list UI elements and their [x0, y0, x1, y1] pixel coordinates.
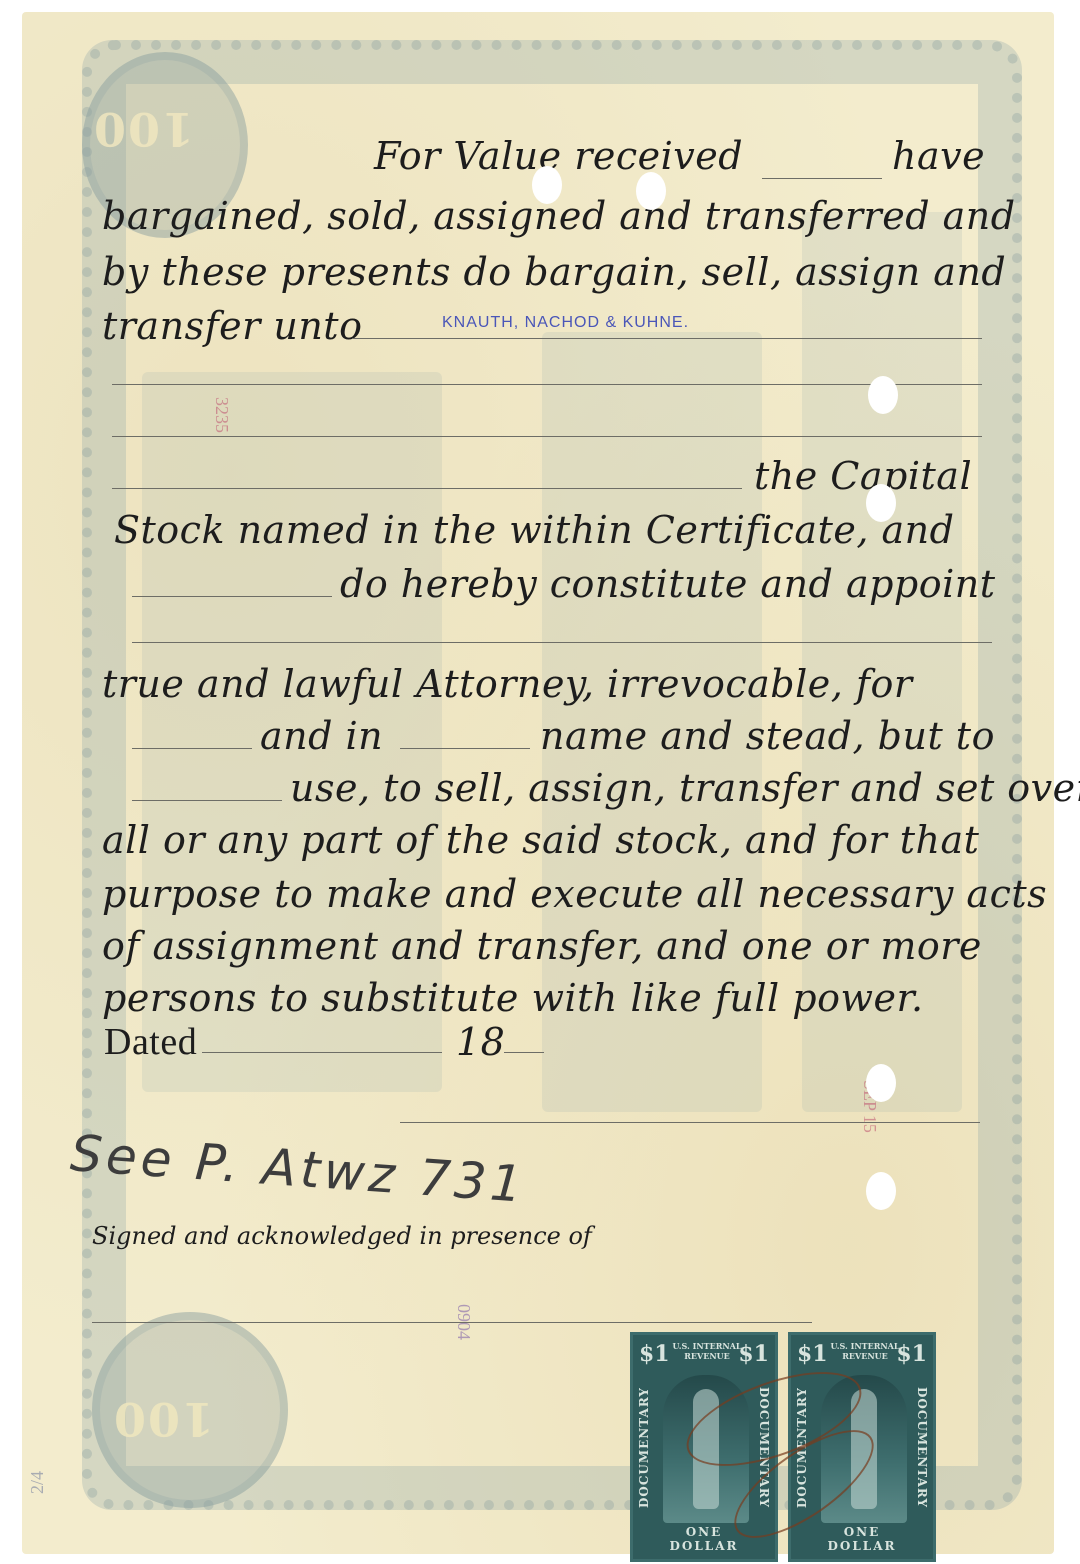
year-line[interactable] [504, 1052, 544, 1053]
stamp-denomination: $1 [639, 1341, 670, 1367]
assignment-line-8: true and lawful Attorney, irrevocable, f… [102, 662, 913, 706]
punch-hole [868, 376, 898, 414]
punch-hole [866, 1064, 896, 1102]
punch-hole [866, 1172, 896, 1210]
edge-pencil-note: 2/4 [27, 1471, 48, 1494]
assignment-line-5: the Capital [754, 454, 972, 498]
assignment-line-9b: name and stead, but to [540, 714, 995, 758]
assignment-line-11: all or any part of the said stock, and f… [102, 818, 979, 862]
stamp-header: U.S. INTERNAL REVENUE [669, 1341, 745, 1361]
witness-label: Signed and acknowledged in presence of [92, 1222, 592, 1250]
assignment-line-9a: and in [260, 714, 383, 758]
ghost-value-bottom: 100 [112, 1392, 214, 1446]
certificate-paper: 100 100 3235 SEP 15 0904 2/4 For Value r… [22, 12, 1054, 1554]
assignment-line-14: persons to substitute with like full pow… [102, 976, 924, 1020]
date-line[interactable] [202, 1052, 442, 1053]
stamp-denomination: $1 [797, 1341, 828, 1367]
assignor-blank [762, 178, 882, 179]
transferee-line[interactable] [352, 338, 982, 339]
pronoun-blank-3[interactable] [132, 800, 282, 801]
assignment-line-1: For Value received [374, 134, 743, 178]
witness-line[interactable] [92, 1322, 812, 1323]
assignment-line-12: purpose to make and execute all necessar… [102, 872, 1047, 916]
assignment-line-4: transfer unto [102, 304, 362, 348]
punch-hole [636, 172, 666, 210]
year-prefix: 18 [456, 1020, 505, 1064]
pronoun-blank-2[interactable] [400, 748, 530, 749]
pink-serial-number: 3235 [211, 397, 232, 433]
assignor-blank-2[interactable] [132, 596, 332, 597]
assignment-line-2: bargained, sold, assigned and transferre… [102, 194, 1016, 238]
share-count-line[interactable] [112, 488, 742, 489]
assignment-line-3: by these presents do bargain, sell, assi… [102, 250, 1006, 294]
punch-hole [866, 484, 896, 522]
stamp-value-text: ONE DOLLAR [797, 1525, 927, 1553]
stamp-header: U.S. INTERNAL REVENUE [827, 1341, 903, 1361]
blank-line-1[interactable] [112, 384, 982, 385]
punch-hole [532, 166, 562, 204]
pronoun-blank-1[interactable] [132, 748, 252, 749]
stamp-side-text: DOCUMENTARY [637, 1387, 651, 1508]
signature-line[interactable] [400, 1122, 980, 1123]
transferee-stamp: KNAUTH, NACHOD & KUHNE. [442, 314, 689, 332]
attorney-line[interactable] [132, 642, 992, 643]
stamp-side-text: DOCUMENTARY [915, 1387, 929, 1508]
assignment-line-7: do hereby constitute and appoint [340, 562, 996, 606]
assignment-line-6: Stock named in the within Certificate, a… [114, 508, 954, 552]
assignment-line-13: of assignment and transfer, and one or m… [102, 924, 982, 968]
assignment-line-1-end: have [892, 134, 985, 178]
blank-line-2[interactable] [112, 436, 982, 437]
dated-label: Dated [104, 1020, 197, 1064]
assignment-line-10: use, to sell, assign, transfer and set o… [290, 766, 1080, 810]
ghost-value-top: 100 [92, 102, 194, 156]
